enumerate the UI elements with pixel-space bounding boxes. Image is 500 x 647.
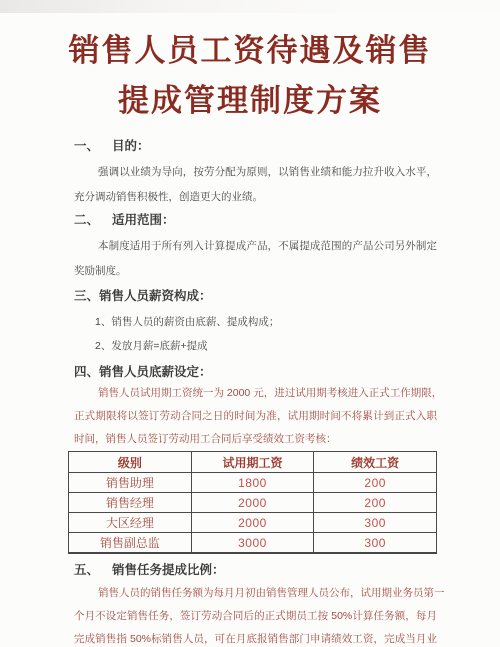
section-scope-heading: 二、适用范围： — [74, 212, 437, 228]
section-base-salary-paragraph: 销售人员试用期工资统一为 2000 元，进过试用期考核进入正式工作期限， 正式期… — [74, 382, 437, 451]
section-commission-ratio-label: 销售任务提成比例： — [112, 563, 225, 577]
document-page: 销售人员工资待遇及销售 提成管理制度方案 一、目的： 强调以业绩为导向，按劳分配… — [0, 0, 500, 647]
cell-probation-salary: 3000 — [191, 533, 314, 554]
table-header-performance-salary: 绩效工资 — [314, 452, 437, 473]
section-purpose-label: 目的： — [112, 139, 150, 153]
cell-level: 销售助理 — [69, 473, 192, 493]
section-commission-ratio-number: 五、 — [74, 563, 99, 577]
section-commission-ratio-paragraph: 销售人员的销售任务额为每月月初由销售管理人员公布，试用期业务员第一 个月不设定销… — [74, 582, 437, 647]
paragraph-line: 销售人员的销售任务额为每月月初由销售管理人员公布，试用期业务员第一 — [74, 582, 437, 605]
cell-performance-salary: 300 — [314, 533, 437, 554]
paragraph-line: 充分调动销售积极性，创造更大的业绩。 — [74, 185, 437, 210]
cell-level: 销售副总监 — [69, 533, 192, 554]
paragraph-line: 完成销售指 50%标销售人员，可在月底报销售部门申请绩效工资，完成当月业 — [74, 628, 437, 647]
title-line-2: 提成管理制度方案 — [0, 76, 500, 126]
title-line-1: 销售人员工资待遇及销售 — [0, 26, 500, 76]
table-header-probation-salary: 试用期工资 — [191, 452, 314, 473]
section-base-salary-label: 销售人员底薪设定： — [99, 365, 212, 379]
salary-table: 级别 试用期工资 绩效工资 销售助理 1800 200 销售经理 2000 20… — [68, 451, 437, 554]
cell-probation-salary: 1800 — [191, 473, 314, 493]
section-salary-structure-items: 1、销售人员的薪资由底薪、提成构成； 2、发放月薪=底薪+提成 — [74, 310, 437, 358]
section-purpose-heading: 一、目的： — [74, 138, 437, 154]
cell-probation-salary: 2000 — [191, 513, 314, 533]
table-row: 销售助理 1800 200 — [69, 473, 437, 493]
section-purpose-number: 一、 — [74, 139, 99, 153]
section-scope-number: 二、 — [74, 213, 99, 227]
document-body: 一、目的： 强调以业绩为导向，按劳分配为原则，以销售业绩和能力拉升收入水平， 充… — [0, 138, 500, 647]
table-row: 大区经理 2000 300 — [69, 513, 437, 533]
section-base-salary-heading: 四、销售人员底薪设定： — [74, 364, 437, 380]
cell-performance-salary: 300 — [314, 513, 437, 533]
paragraph-line: 个月不设定销售任务，签订劳动合同后的正式期员工按 50%计算任务额，每月 — [74, 605, 437, 628]
list-item: 1、销售人员的薪资由底薪、提成构成； — [95, 310, 437, 334]
section-salary-structure-heading: 三、销售人员薪资构成： — [74, 288, 437, 304]
cell-performance-salary: 200 — [314, 473, 437, 493]
section-purpose-paragraph: 强调以业绩为导向，按劳分配为原则，以销售业绩和能力拉升收入水平， 充分调动销售积… — [74, 160, 437, 210]
paragraph-line: 本制度适用于所有列入计算提成产品，不属提成范围的产品公司另外制定 — [74, 234, 437, 259]
paragraph-line: 奖励制度。 — [74, 259, 437, 284]
section-base-salary-number: 四、 — [74, 365, 99, 379]
table-header-row: 级别 试用期工资 绩效工资 — [69, 452, 437, 473]
cell-probation-salary: 2000 — [191, 493, 314, 513]
paragraph-line: 正式期限将以签订劳动合同之日的时间为准，试用期时间不将累计到正式入职 — [74, 405, 437, 428]
paragraph-line: 强调以业绩为导向，按劳分配为原则，以销售业绩和能力拉升收入水平， — [74, 160, 437, 185]
section-scope-label: 适用范围： — [112, 213, 175, 227]
paragraph-line: 销售人员试用期工资统一为 2000 元，进过试用期考核进入正式工作期限， — [74, 382, 437, 405]
paragraph-line: 时间，销售人员签订劳动用工合同后享受绩效工资考核： — [74, 428, 437, 451]
section-scope-paragraph: 本制度适用于所有列入计算提成产品，不属提成范围的产品公司另外制定 奖励制度。 — [74, 234, 437, 284]
list-item: 2、发放月薪=底薪+提成 — [95, 334, 437, 358]
cell-performance-salary: 200 — [314, 493, 437, 513]
cell-level: 大区经理 — [69, 513, 192, 533]
table-row: 销售经理 2000 200 — [69, 493, 437, 513]
cell-level: 销售经理 — [69, 493, 192, 513]
table-row: 销售副总监 3000 300 — [69, 533, 437, 554]
section-salary-structure-number: 三、 — [74, 289, 99, 303]
section-salary-structure-label: 销售人员薪资构成： — [99, 289, 212, 303]
table-header-level: 级别 — [69, 452, 192, 473]
document-title: 销售人员工资待遇及销售 提成管理制度方案 — [0, 0, 500, 126]
section-commission-ratio-heading: 五、销售任务提成比例： — [74, 562, 437, 578]
